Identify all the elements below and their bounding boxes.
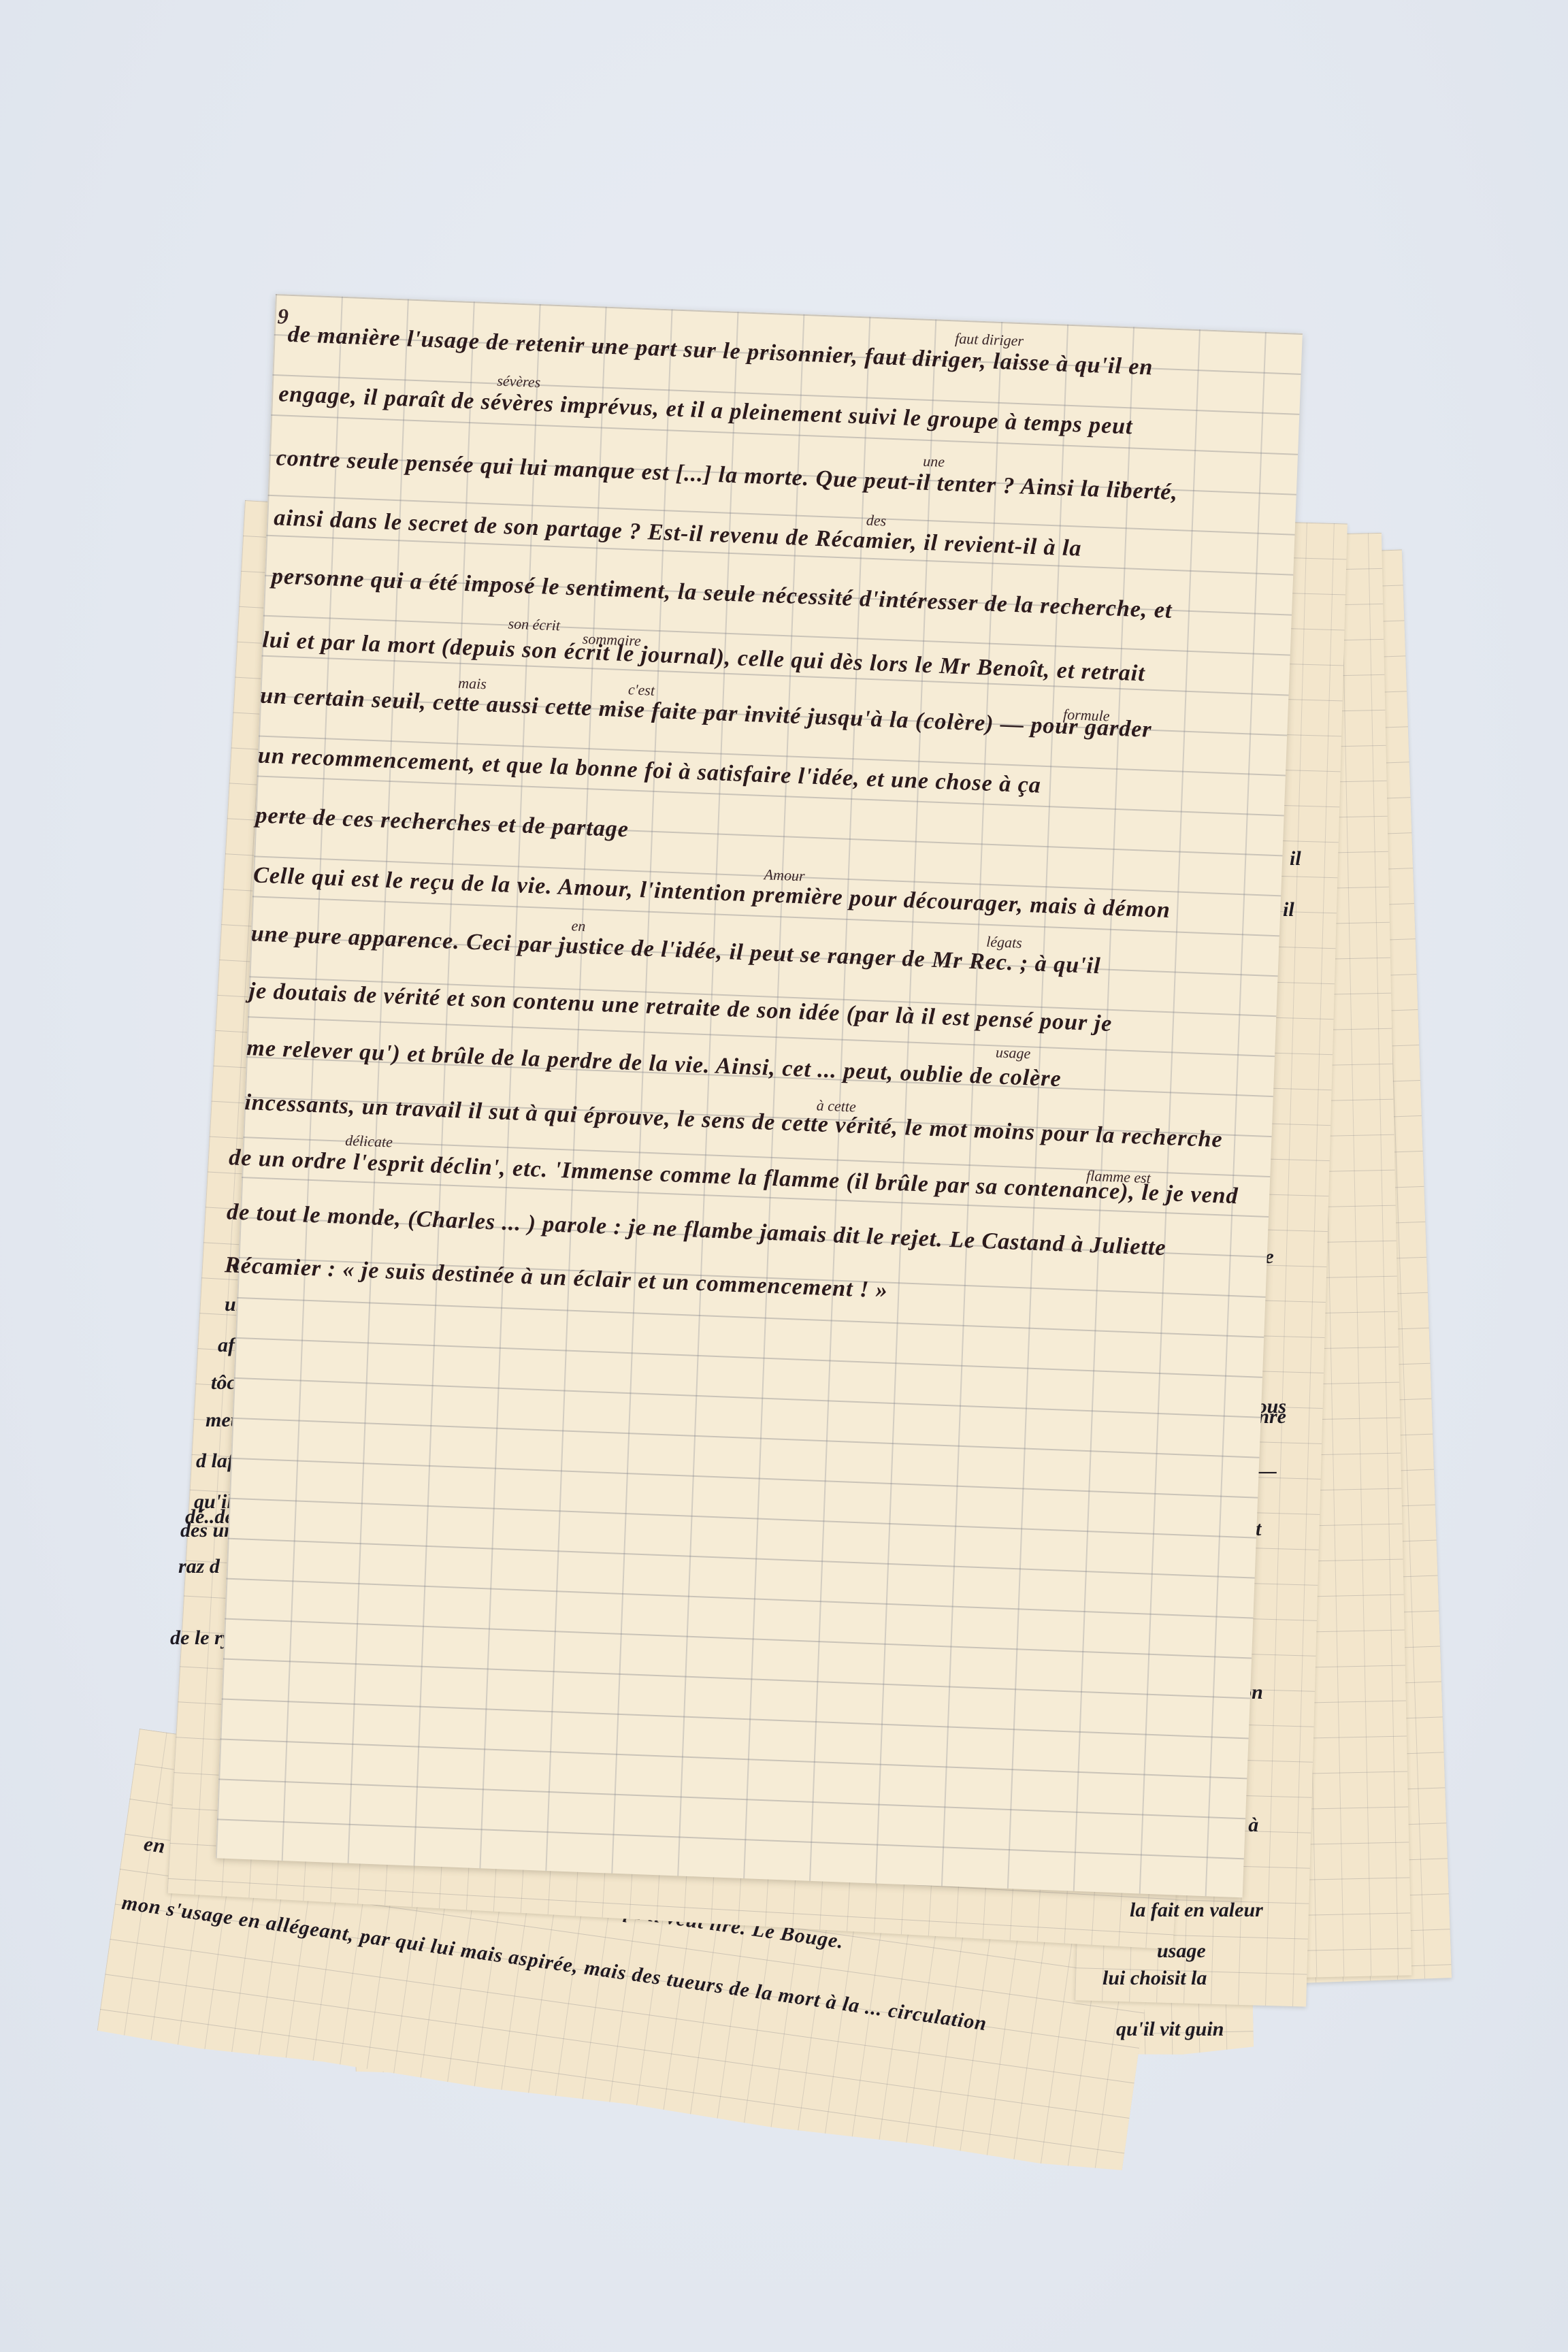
- interlinear-addition: délicate: [345, 1132, 393, 1151]
- interlinear-addition: usage: [996, 1043, 1031, 1062]
- margin-fragment: il: [1283, 898, 1294, 921]
- interlinear-addition: des: [866, 512, 886, 530]
- interlinear-addition: sévères: [497, 372, 541, 391]
- page-number: 9: [277, 304, 289, 329]
- interlinear-addition: une: [923, 453, 945, 471]
- margin-fragment: il: [1290, 847, 1301, 870]
- margin-fragment: qu'il vit guin: [1116, 2018, 1224, 2041]
- manuscript-line: une pure apparence. Ceci par justice de …: [250, 921, 1101, 979]
- margin-fragment: lui choisit la: [1102, 1967, 1207, 1990]
- margin-fragment: raz d: [178, 1555, 220, 1578]
- manuscript-line: un recommencement, et que la bonne foi à…: [257, 743, 1041, 799]
- interlinear-addition: faut diriger: [955, 329, 1024, 350]
- margin-fragment: usage: [1157, 1940, 1206, 1963]
- margin-fragment: la fait en valeur: [1130, 1899, 1263, 1922]
- manuscript-line: Celle qui est le reçu de la vie. Amour, …: [252, 862, 1171, 924]
- manuscript-line: contre seule pensée qui lui manque est […: [276, 445, 1179, 506]
- manuscript-line: un certain seuil, cette aussi cette mise…: [260, 683, 1153, 743]
- manuscript-line: perte de ces recherches et de partage: [255, 802, 630, 843]
- top-sheet: 9 de manière l'usage de retenir une part…: [216, 294, 1303, 1897]
- manuscript-line: de un ordre l'esprit déclin', etc. 'Imme…: [228, 1145, 1239, 1209]
- interlinear-addition: son écrit: [508, 615, 560, 634]
- manuscript-line: de manière l'usage de retenir une part s…: [287, 322, 1154, 381]
- manuscript-line: je doutais de vérité et son contenu une …: [248, 978, 1113, 1037]
- manuscript-photo: de ... le ... toute, ... pour rapport à …: [0, 0, 1568, 2352]
- manuscript-line: de tout le monde, (Charles ... ) parole …: [226, 1199, 1166, 1261]
- manuscript-line: me relever qu') et brûle de la perdre de…: [246, 1035, 1062, 1092]
- margin-fragment: de le ry: [170, 1627, 231, 1650]
- interlinear-addition: en: [571, 917, 586, 935]
- manuscript-line: ainsi dans le secret de son partage ? Es…: [274, 505, 1083, 562]
- manuscript-line: engage, il paraît de sévères imprévus, e…: [278, 381, 1134, 440]
- manuscript-line: lui et par la mort (depuis son écrit le …: [262, 627, 1146, 687]
- manuscript-line: Récamier : « je suis destinée à un éclai…: [224, 1252, 888, 1303]
- manuscript-line: personne qui a été imposé le sentiment, …: [271, 563, 1173, 624]
